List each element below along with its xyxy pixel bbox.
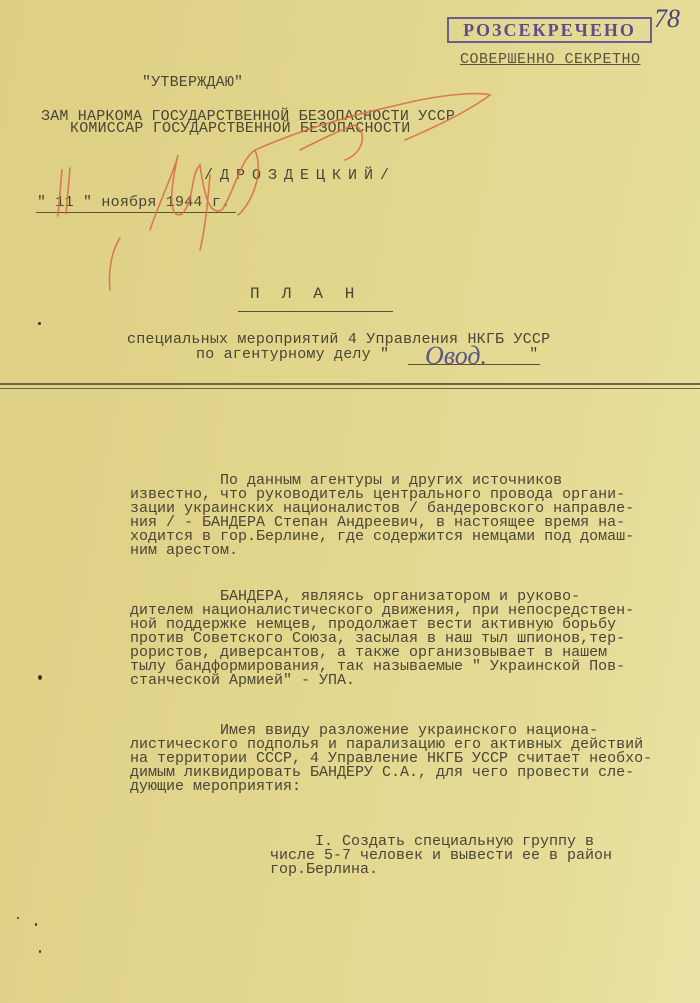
page-number: 78 [654,4,680,34]
paper-speck [17,917,19,919]
subtitle-line2: по агентурному делу "" [196,348,538,362]
date-underline [36,212,236,213]
paper-speck [38,675,42,680]
approver-position-line2: КОМИССАР ГОСУДАРСТВЕННОЙ БЕЗОПАСНОСТИ [70,122,410,136]
case-name-handwritten: Овод. [425,341,487,371]
signatory-name: /ДРОЗДЕЦКИЙ/ [204,169,396,183]
paragraph-3: Имея ввиду разложение украинского национ… [130,724,652,794]
paper-speck [38,322,41,325]
approval-label: "УТВЕРЖДАЮ" [142,76,243,90]
document-page: РОЗСЕКРЕЧЕНО 78 СОВЕРШЕННО СЕКРЕТНО "УТВ… [0,0,700,1003]
paper-speck [35,923,37,926]
paragraph-1: По данным агентуры и других источников и… [130,474,634,558]
classification-label: СОВЕРШЕННО СЕКРЕТНО [460,51,641,68]
section-divider-bottom [0,388,700,389]
paragraph-2: БАНДЕРА, являясь организатором и руково-… [130,590,634,688]
title-underline [238,311,393,312]
list-item-1: I. Создать специальную группу в числе 5-… [270,835,612,877]
document-title: ПЛАН [250,287,376,301]
approval-date: " 11 " ноября 1944 г. [37,196,230,210]
section-divider-top [0,383,700,385]
paper-speck [39,950,41,953]
declassified-stamp: РОЗСЕКРЕЧЕНО [447,17,652,43]
